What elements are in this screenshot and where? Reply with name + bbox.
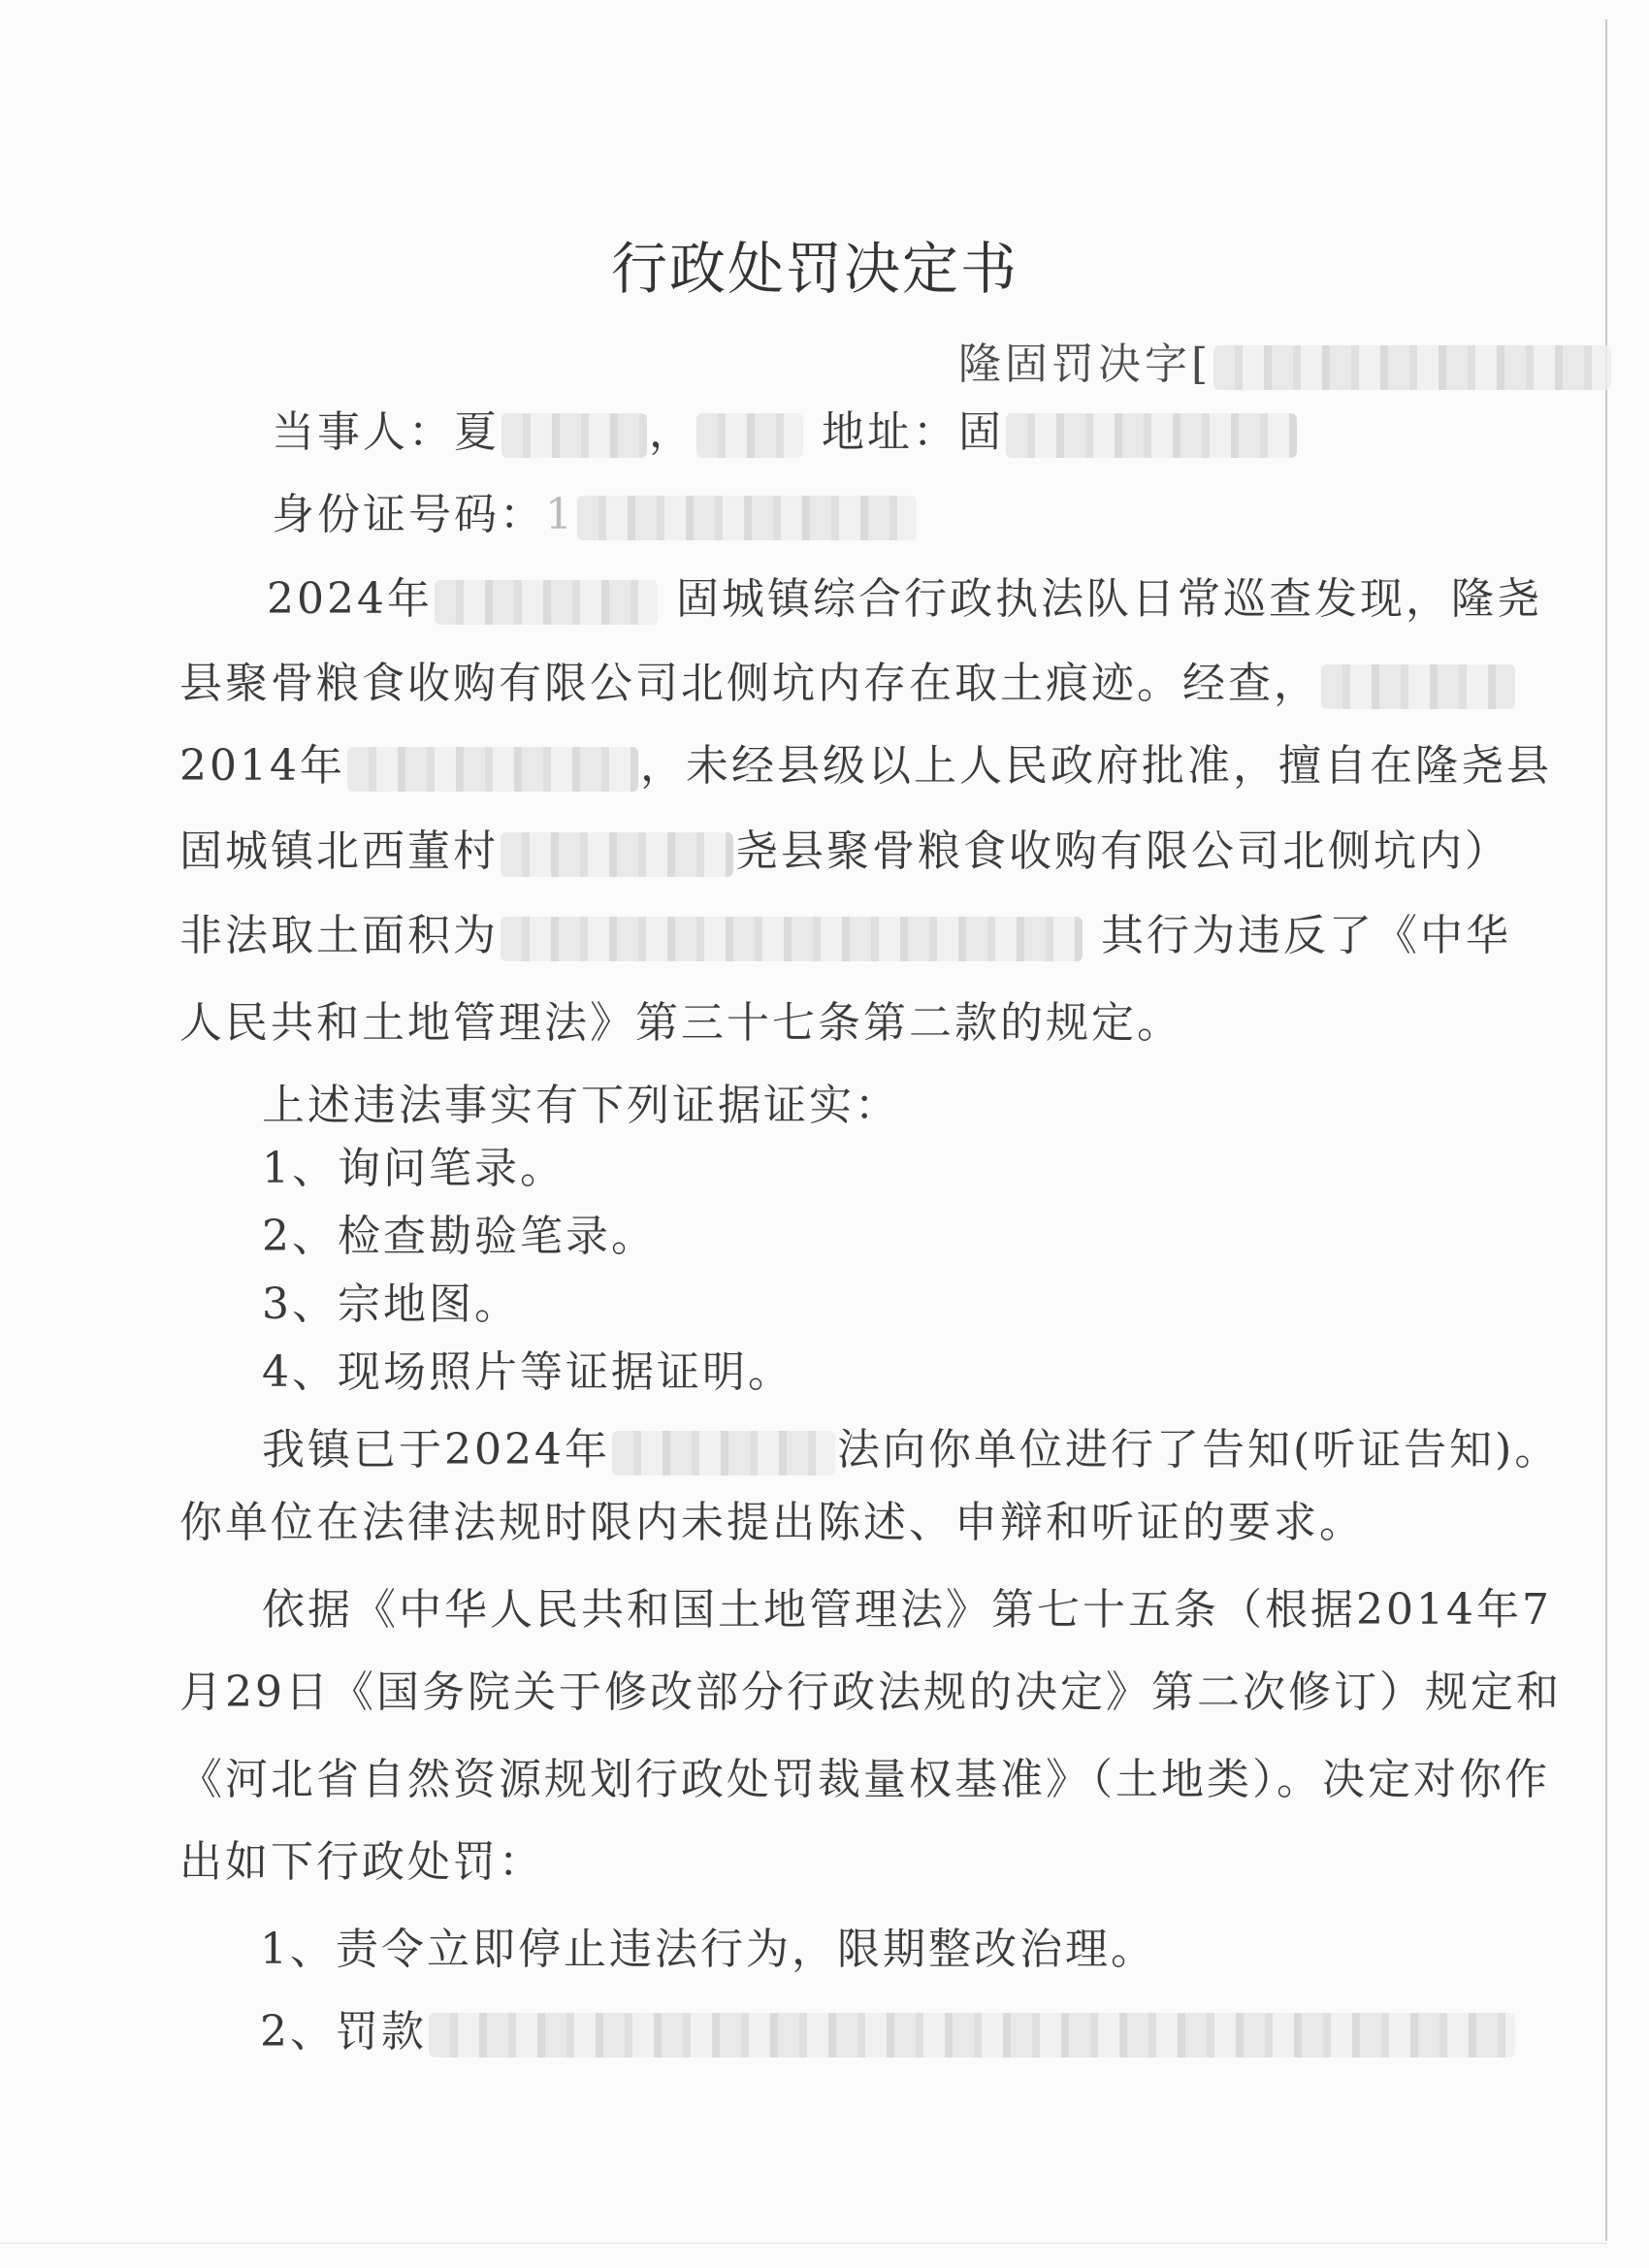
penalty-item-1: 1、责令立即停止违法行为，限期整改治理。 <box>260 1923 1156 1977</box>
text: 尧县聚骨粮食收购有限公司北侧坑内） <box>735 826 1510 876</box>
text: 固城镇北西董村 <box>179 826 499 876</box>
document-number: 隆固罚决字[ <box>958 338 1613 392</box>
para1-line5: 非法取土面积为 其行为违反了《中华 <box>179 909 1511 963</box>
redacted-block <box>612 1431 835 1475</box>
address-label: 地址： <box>822 407 958 457</box>
evidence-item: 2、检查勘验笔录。 <box>262 1210 657 1264</box>
text: 县聚骨粮食收购有限公司北侧坑内存在取土痕迹。经查， <box>179 659 1319 708</box>
text: 人民共和土地管理法》第三十七条第二款的规定。 <box>179 998 1182 1048</box>
para3-line3: 《河北省自然资源规划行政处罚裁量权基准》（土地类）。决定对你作 <box>179 1753 1550 1807</box>
para1-line6: 人民共和土地管理法》第三十七条第二款的规定。 <box>179 996 1182 1051</box>
text: 我镇已于2024年 <box>262 1425 610 1474</box>
redacted-block <box>696 413 803 458</box>
address-value: 固 <box>958 407 1004 457</box>
redacted-block <box>347 747 638 792</box>
para3-line1: 依据《中华人民共和国土地管理法》第七十五条（根据2014年7 <box>262 1583 1552 1637</box>
para1-line4: 固城镇北西董村尧县聚骨粮食收购有限公司北侧坑内） <box>179 825 1510 879</box>
text: 固城镇综合行政执法队日常巡查发现，隆尧 <box>676 574 1542 624</box>
redacted-block <box>1213 345 1611 390</box>
redacted-block <box>501 413 647 458</box>
text: 2014年 <box>179 741 345 791</box>
evidence-item: 1、询问笔录。 <box>262 1142 566 1196</box>
penalty-item-2: 2、罚款 <box>260 2005 1517 2059</box>
document-title: 行政处罚决定书 <box>611 235 1018 303</box>
comma: ， <box>649 407 695 457</box>
para3-line4: 出如下行政处罚： <box>179 1835 544 1890</box>
text: 法向你单位进行了告知(听证告知)。 <box>837 1425 1560 1474</box>
redacted-block <box>501 832 733 877</box>
text: 其行为违反了《中华 <box>1101 911 1511 960</box>
evidence-intro: 上述违法事实有下列证据证实： <box>262 1079 900 1133</box>
evidence-item: 3、宗地图。 <box>262 1278 520 1332</box>
text: 非法取土面积为 <box>179 911 499 960</box>
para2-line1: 我镇已于2024年法向你单位进行了告知(听证告知)。 <box>262 1423 1560 1477</box>
para1-line1: 2024年 固城镇综合行政执法队日常巡查发现，隆尧 <box>267 572 1542 627</box>
para1-line2: 县聚骨粮食收购有限公司北侧坑内存在取土痕迹。经查， <box>179 657 1517 711</box>
party-line: 当事人：夏， 地址：固 <box>272 405 1299 460</box>
redacted-block <box>501 917 1083 961</box>
id-line: 身份证号码：1 <box>272 488 919 542</box>
para2-line2: 你单位在法律法规时限内未提出陈述、申辩和听证的要求。 <box>179 1496 1365 1550</box>
para3-line2: 月29日《国务院关于修改部分行政法规的决定》第二次修订）规定和 <box>179 1666 1562 1720</box>
party-name: 夏 <box>454 407 500 457</box>
redacted-block <box>577 496 917 540</box>
para1-line3: 2014年，未经县级以上人民政府批准，擅自在隆尧县 <box>179 739 1552 794</box>
text: ，未经县级以上人民政府批准，擅自在隆尧县 <box>640 741 1552 791</box>
redacted-block <box>429 2013 1515 2057</box>
text: 2、罚款 <box>260 2007 427 2057</box>
page-edge <box>0 2243 1607 2244</box>
document-number-prefix: 隆固罚决字[ <box>958 340 1212 389</box>
redacted-block <box>1006 413 1297 458</box>
id-label: 身份证号码： <box>272 490 545 539</box>
redacted-block <box>1321 664 1515 709</box>
evidence-item: 4、现场照片等证据证明。 <box>262 1345 793 1400</box>
redacted-block <box>435 580 658 625</box>
party-label: 当事人： <box>272 407 454 457</box>
id-value: 1 <box>545 490 575 539</box>
text: 2024年 <box>267 574 433 624</box>
